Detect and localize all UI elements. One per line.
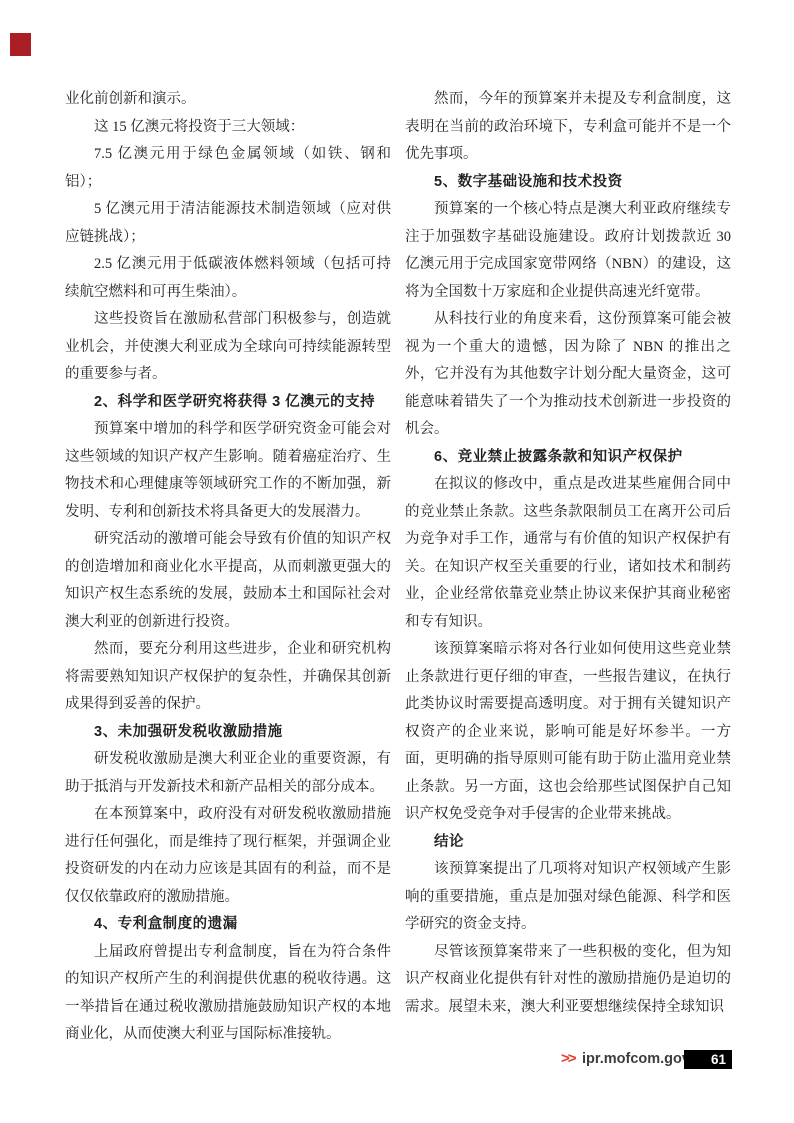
- paragraph: 从科技行业的角度来看，这份预算案可能会被视为一个重大的遗憾，因为除了 NBN 的…: [405, 306, 731, 444]
- paragraph: 然而，要充分利用这些进步，企业和研究机构将需要熟知知识产权保护的复杂性，并确保其…: [65, 636, 391, 719]
- document-page: 业化前创新和演示。这 15 亿澳元将投资于三大领域：7.5 亿澳元用于绿色金属领…: [0, 0, 794, 1123]
- section-heading: 6、竞业禁止披露条款和知识产权保护: [405, 444, 731, 472]
- section-heading: 4、专利盒制度的遗漏: [65, 911, 391, 939]
- page-footer: >> ipr.mofcom.gov.cn 61: [0, 1048, 794, 1072]
- paragraph: 这些投资旨在激励私营部门积极参与，创造就业机会，并使澳大利亚成为全球向可持续能源…: [65, 306, 391, 389]
- red-corner-marker: [10, 33, 31, 56]
- section-heading: 2、科学和医学研究将获得 3 亿澳元的支持: [65, 389, 391, 417]
- paragraph: 5 亿澳元用于清洁能源技术制造领域（应对供应链挑战）；: [65, 196, 391, 251]
- section-heading: 5、数字基础设施和技术投资: [405, 169, 731, 197]
- left-text-column: 业化前创新和演示。这 15 亿澳元将投资于三大领域：7.5 亿澳元用于绿色金属领…: [65, 86, 391, 1049]
- paragraph: 预算案中增加的科学和医学研究资金可能会对这些领域的知识产权产生影响。随着癌症治疗…: [65, 416, 391, 526]
- paragraph: 在拟议的修改中，重点是改进某些雇佣合同中的竞业禁止条款。这些条款限制员工在离开公…: [405, 471, 731, 636]
- section-heading: 3、未加强研发税收激励措施: [65, 719, 391, 747]
- paragraph: 该预算案提出了几项将对知识产权领域产生影响的重要措施，重点是加强对绿色能源、科学…: [405, 856, 731, 939]
- chevrons-icon: >>: [561, 1050, 575, 1068]
- section-heading: 结论: [405, 829, 731, 857]
- paragraph: 这 15 亿澳元将投资于三大领域：: [65, 114, 391, 142]
- paragraph: 7.5 亿澳元用于绿色金属领域（如铁、钢和铝）；: [65, 141, 391, 196]
- paragraph: 上届政府曾提出专利盒制度，旨在为符合条件的知识产权所产生的利润提供优惠的税收待遇…: [65, 939, 391, 1049]
- paragraph: 尽管该预算案带来了一些积极的变化，但为知识产权商业化提供有针对性的激励措施仍是迫…: [405, 939, 731, 1022]
- paragraph: 研究活动的激增可能会导致有价值的知识产权的创造增加和商业化水平提高，从而刺激更强…: [65, 526, 391, 636]
- paragraph: 预算案的一个核心特点是澳大利亚政府继续专注于加强数字基础设施建设。政府计划拨款近…: [405, 196, 731, 306]
- paragraph: 2.5 亿澳元用于低碳液体燃料领域（包括可持续航空燃料和可再生柴油）。: [65, 251, 391, 306]
- paragraph: 该预算案暗示将对各行业如何使用这些竞业禁止条款进行更仔细的审查，一些报告建议，在…: [405, 636, 731, 829]
- page-number-badge: 61: [684, 1050, 732, 1069]
- paragraph: 在本预算案中，政府没有对研发税收激励措施进行任何强化，而是维持了现行框架，并强调…: [65, 801, 391, 911]
- right-text-column: 然而，今年的预算案并未提及专利盒制度，这表明在当前的政治环境下，专利盒可能并不是…: [405, 86, 731, 1021]
- paragraph: 研发税收激励是澳大利亚企业的重要资源，有助于抵消与开发新技术和新产品相关的部分成…: [65, 746, 391, 801]
- paragraph: 然而，今年的预算案并未提及专利盒制度，这表明在当前的政治环境下，专利盒可能并不是…: [405, 86, 731, 169]
- paragraph: 业化前创新和演示。: [65, 86, 391, 114]
